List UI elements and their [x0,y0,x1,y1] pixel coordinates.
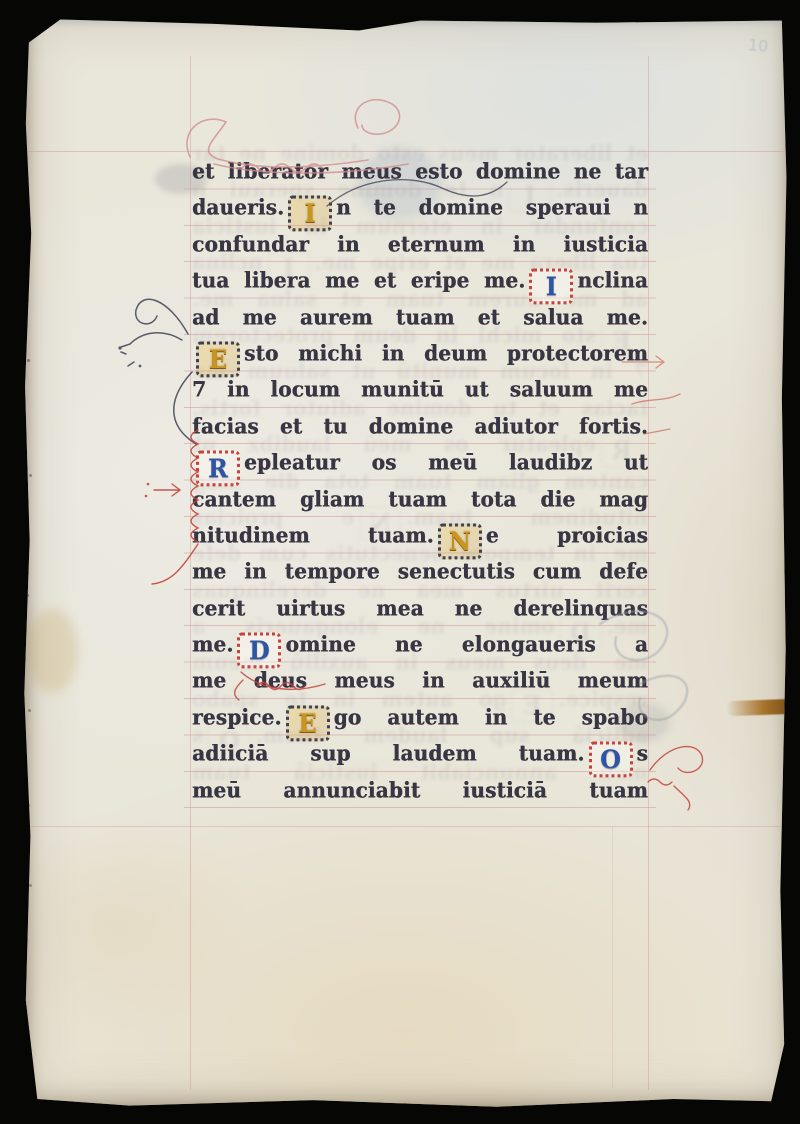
line-text: daueris. [192,195,284,220]
line-text: e proicias [486,522,648,547]
text-line: nitudinem tuam.Ne proicias [192,516,648,555]
ruling-line-right-vertical-2 [612,826,613,1088]
line-text: adiiciā sup laudem tuam. [192,741,585,766]
text-line: respice.Ego autem in te spabo [192,698,648,737]
ruling-line-bottom [22,826,788,827]
photograph-background: { "palette": { "bg": "#060605", "parchme… [0,0,800,1124]
line-text: et liberator meus esto domine ne tar [192,158,648,183]
text-line: cantem gliam tuam tota die mag [192,479,648,518]
text-line: et liberator meus esto domine ne tar [192,152,648,191]
text-block: et liberator meus esto domine ne tardaue… [192,153,648,808]
line-text: facias et tu domine adiutor fortis. [192,413,648,438]
text-line: daueris.In te domine speraui n [192,188,648,227]
line-text: me in tempore senectutis cum defe [192,559,648,584]
line-text: me deus meus in auxiliū meum [192,668,648,693]
text-line: 7 in locum munitū ut saluum me [192,370,648,409]
line-text: epleatur os meū laudibz ut [244,449,648,474]
manuscript-leaf: 10 [22,14,788,1110]
text-line: facias et tu domine adiutor fortis. [192,407,648,446]
line-text: ad me aurem tuam et salua me. [192,304,648,329]
text-line: me deus meus in auxiliū meum [192,661,648,700]
line-text: sto michi in deum protectorem [244,340,648,365]
line-text: nitudinem tuam. [192,522,434,547]
tape-stain [726,699,794,716]
text-line: me.Domine ne elongaueris a [192,625,648,664]
text-line: meū annunciabit iusticiā tuam [192,771,648,810]
text-line: confundar in eternum in iusticia [192,225,648,264]
text-line: me in tempore senectutis cum defe [192,552,648,591]
text-line: Repleatur os meū laudibz ut [192,443,648,482]
line-text: meū annunciabit iusticiā tuam [192,777,648,802]
line-text: cerit uirtus mea ne derelinquas [192,595,648,620]
line-text: me. [192,631,233,656]
text-line: adiiciā sup laudem tuam.Os [192,734,648,773]
text-line: ad me aurem tuam et salua me. [192,297,648,336]
line-text: tua libera me et eripe me. [192,267,525,292]
stain [26,609,78,693]
line-text: confundar in eternum in iusticia [192,231,648,256]
line-text: 7 in locum munitū ut saluum me [192,377,648,402]
text-line: Esto michi in deum protectorem [192,334,648,373]
line-text: respice. [192,704,282,729]
line-text: omine ne elongaueris a [285,631,648,656]
sewing-holes [26,264,29,267]
line-text: nclina [577,267,648,292]
folio-number: 10 [747,35,769,56]
line-text: s [637,741,648,766]
text-line: cerit uirtus mea ne derelinquas [192,589,648,628]
line-text: n te domine speraui n [336,195,648,220]
line-text: cantem gliam tuam tota die mag [192,486,648,511]
line-text: go autem in te spabo [334,704,648,729]
text-line: tua libera me et eripe me.Inclina [192,261,648,300]
leaf-top-shadow [22,14,788,28]
